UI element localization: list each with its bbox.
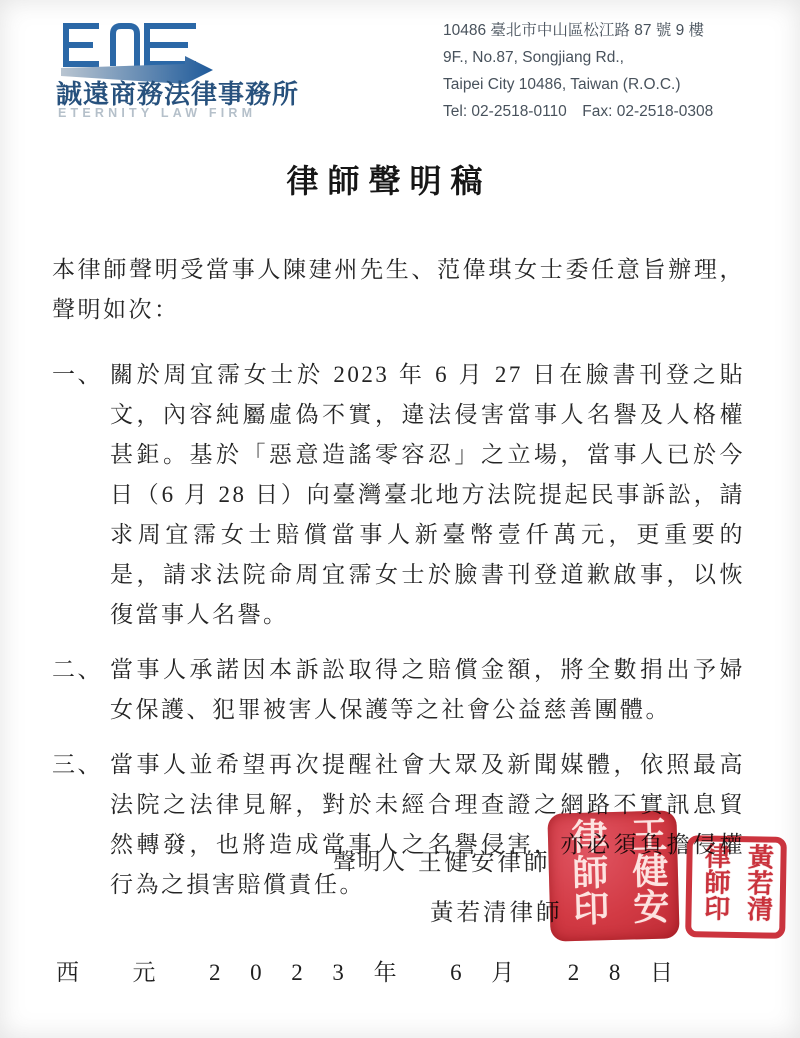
seal-text-column: 黃若清 (736, 843, 781, 933)
lawyer-statement-document: 誠遠商務法律事務所 ETERNITY LAW FIRM 10486 臺北市中山區… (0, 0, 800, 1038)
intro-paragraph: 本律師聲明受當事人陳建州先生、范偉琪女士委任意旨辦理，聲明如次： (52, 250, 745, 330)
seal-text-column: 王健安 (616, 815, 679, 940)
seal-text-column: 律師印 (693, 842, 738, 932)
address-line-contact: Tel: 02-2518-0110 Fax: 02-2518-0308 (443, 98, 773, 125)
lawyer-name-2: 黃若清律師 (430, 893, 563, 927)
item-text: 當事人承諾因本訴訟取得之賠償金額，將全數捐出予婦女保護、犯罪被害人保護等之社會公… (110, 650, 745, 730)
address-line-city: Taipei City 10486, Taiwan (R.O.C.) (443, 71, 773, 98)
statement-item-1: 一、 關於周宜霈女士於 2023 年 6 月 27 日在臉書刊登之貼文，內容純屬… (52, 355, 745, 635)
item-number: 一、 (52, 355, 110, 635)
address-line-street: 9F., No.87, Songjiang Rd., (443, 44, 773, 71)
firm-address-block: 10486 臺北市中山區松江路 87 號 9 樓 9F., No.87, Son… (443, 17, 773, 125)
item-text: 關於周宜霈女士於 2023 年 6 月 27 日在臉書刊登之貼文，內容純屬虛偽不… (110, 355, 745, 635)
address-line-zh: 10486 臺北市中山區松江路 87 號 9 樓 (443, 17, 773, 44)
declarant-label: 聲明人 (333, 843, 407, 876)
lawyer-name-1: 王健安律師 (418, 843, 551, 877)
statement-body: 本律師聲明受當事人陳建州先生、范偉琪女士委任意旨辦理，聲明如次： 一、 關於周宜… (52, 250, 745, 905)
seal-text-column: 律師印 (556, 817, 619, 942)
statement-item-2: 二、 當事人承諾因本訴訟取得之賠償金額，將全數捐出予婦女保護、犯罪被害人保護等之… (52, 650, 745, 730)
date-line: 西 元 2 0 2 3 年 6 月 2 8 日 (56, 954, 673, 987)
red-name-seal-2: 黃若清 律師印 (685, 835, 787, 939)
document-title: 律師聲明稿 (0, 156, 800, 202)
item-number: 三、 (52, 745, 110, 905)
red-name-seal-1: 王健安 律師印 (547, 810, 679, 941)
item-number: 二、 (52, 650, 110, 730)
firm-name-en: ETERNITY LAW FIRM (58, 106, 256, 120)
